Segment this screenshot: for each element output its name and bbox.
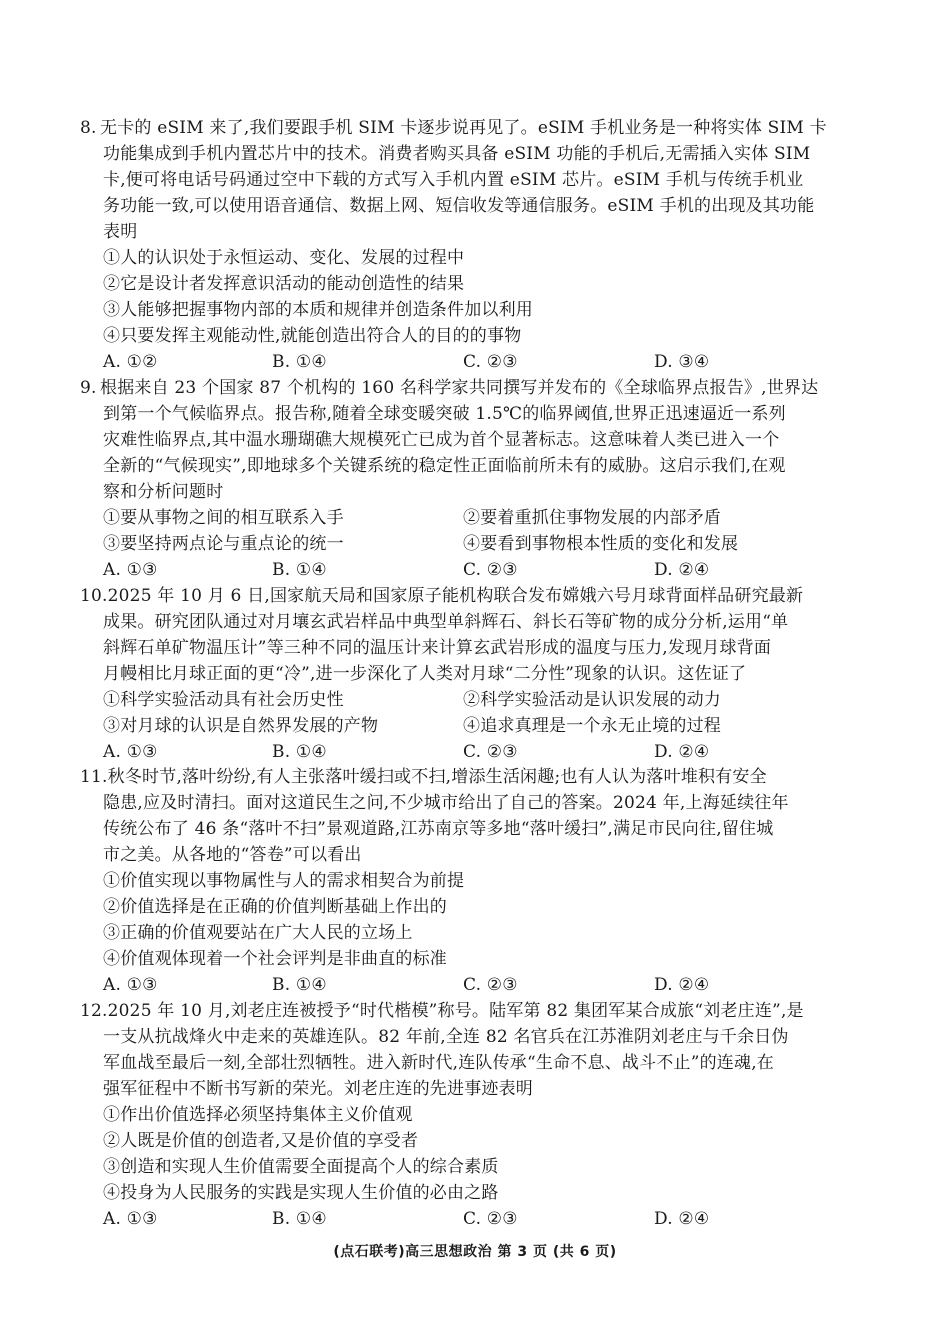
question-8: 8.无卡的 eSIM 来了,我们要跟手机 SIM 卡逐步说再见了。eSIM 手机… xyxy=(80,115,875,375)
statement-1: ①要从事物之间的相互联系入手 xyxy=(103,505,344,531)
statement-1: ①价值实现以事物属性与人的需求相契合为前提 xyxy=(80,868,875,894)
statement-3: ③对月球的认识是自然界发展的产物 xyxy=(103,713,378,739)
statement-1: ①人的认识处于永恒运动、变化、发展的过程中 xyxy=(80,245,875,271)
question-stem-line: 卡,便可将电话号码通过空中下载的方式写入手机内置 eSIM 芯片。eSIM 手机… xyxy=(80,167,875,193)
option-b[interactable]: B. ①④ xyxy=(272,1206,327,1232)
question-stem-line: 斜辉石单矿物温压计”等三种不同的温压计来计算玄武岩形成的温度与压力,发现月球背面 xyxy=(80,635,875,661)
question-12: 12.2025 年 10 月,刘老庄连被授予“时代楷模”称号。陆军第 82 集团… xyxy=(80,998,875,1232)
question-stem-line: 12.2025 年 10 月,刘老庄连被授予“时代楷模”称号。陆军第 82 集团… xyxy=(80,998,875,1024)
answer-options: A. ①③ B. ①④ C. ②③ D. ②④ xyxy=(80,1206,875,1232)
question-stem-line: 强军征程中不断书写新的荣光。刘老庄连的先进事迹表明 xyxy=(80,1076,875,1102)
statement-4: ④追求真理是一个永无止境的过程 xyxy=(463,713,721,739)
option-d[interactable]: D. ②④ xyxy=(654,972,709,998)
question-10: 10.2025 年 10 月 6 日,国家航天局和国家原子能机构联合发布嫦娥六号… xyxy=(80,583,875,765)
option-a[interactable]: A. ①② xyxy=(103,349,158,375)
statement-1: ①科学实验活动具有社会历史性 xyxy=(103,687,344,713)
question-stem-line: 8.无卡的 eSIM 来了,我们要跟手机 SIM 卡逐步说再见了。eSIM 手机… xyxy=(80,115,875,141)
question-stem-line: 9.根据来自 23 个国家 87 个机构的 160 名科学家共同撰写并发布的《全… xyxy=(80,375,875,401)
question-number: 9. xyxy=(80,375,100,401)
statement-row: ③对月球的认识是自然界发展的产物 ④追求真理是一个永无止境的过程 xyxy=(80,713,875,739)
question-9: 9.根据来自 23 个国家 87 个机构的 160 名科学家共同撰写并发布的《全… xyxy=(80,375,875,583)
option-c[interactable]: C. ②③ xyxy=(463,557,518,583)
statement-row: ③要坚持两点论与重点论的统一 ④要看到事物根本性质的变化和发展 xyxy=(80,531,875,557)
option-a[interactable]: A. ①③ xyxy=(103,972,158,998)
question-stem-line: 成果。研究团队通过对月壤玄武岩样品中典型单斜辉石、斜长石等矿物的成分分析,运用“… xyxy=(80,609,875,635)
option-c[interactable]: C. ②③ xyxy=(463,972,518,998)
answer-options: A. ①③ B. ①④ C. ②③ D. ②④ xyxy=(80,972,875,998)
option-b[interactable]: B. ①④ xyxy=(272,349,327,375)
question-number: 8. xyxy=(80,115,100,141)
option-d[interactable]: D. ③④ xyxy=(654,349,709,375)
answer-options: A. ①③ B. ①④ C. ②③ D. ②④ xyxy=(80,739,875,765)
question-stem-line: 表明 xyxy=(80,219,875,245)
question-number: 11. xyxy=(80,764,108,790)
option-c[interactable]: C. ②③ xyxy=(463,739,518,765)
statement-1: ①作出价值选择必须坚持集体主义价值观 xyxy=(80,1102,875,1128)
page-footer: (点石联考)高三思想政治 第 3 页 (共 6 页) xyxy=(0,1241,950,1261)
option-d[interactable]: D. ②④ xyxy=(654,1206,709,1232)
statement-3: ③正确的价值观要站在广大人民的立场上 xyxy=(80,920,875,946)
statement-row: ①科学实验活动具有社会历史性 ②科学实验活动是认识发展的动力 xyxy=(80,687,875,713)
option-a[interactable]: A. ①③ xyxy=(103,1206,158,1232)
option-a[interactable]: A. ①③ xyxy=(103,557,158,583)
statement-2: ②它是设计者发挥意识活动的能动创造性的结果 xyxy=(80,271,875,297)
option-a[interactable]: A. ①③ xyxy=(103,739,158,765)
question-stem-line: 务功能一致,可以使用语音通信、数据上网、短信收发等通信服务。eSIM 手机的出现… xyxy=(80,193,875,219)
statement-3: ③创造和实现人生价值需要全面提高个人的综合素质 xyxy=(80,1154,875,1180)
question-stem-line: 全新的“气候现实”,即地球多个关键系统的稳定性正面临前所未有的威胁。这启示我们,… xyxy=(80,453,875,479)
statement-4: ④价值观体现着一个社会评判是非曲直的标准 xyxy=(80,946,875,972)
statement-2: ②科学实验活动是认识发展的动力 xyxy=(463,687,721,713)
question-stem-line: 一支从抗战烽火中走来的英雄连队。82 年前,全连 82 名官兵在江苏淮阴刘老庄与… xyxy=(80,1024,875,1050)
option-d[interactable]: D. ②④ xyxy=(654,557,709,583)
option-b[interactable]: B. ①④ xyxy=(272,972,327,998)
answer-options: A. ①③ B. ①④ C. ②③ D. ②④ xyxy=(80,557,875,583)
statement-row: ①要从事物之间的相互联系入手 ②要着重抓住事物发展的内部矛盾 xyxy=(80,505,875,531)
question-stem-line: 市之美。从各地的“答卷”可以看出 xyxy=(80,842,875,868)
statement-4: ④只要发挥主观能动性,就能创造出符合人的目的的事物 xyxy=(80,323,875,349)
question-number: 12. xyxy=(80,998,108,1024)
question-stem-line: 察和分析问题时 xyxy=(80,479,875,505)
question-stem-line: 到第一个气候临界点。报告称,随着全球变暖突破 1.5℃的临界阈值,世界正迅速逼近… xyxy=(80,401,875,427)
statement-3: ③人能够把握事物内部的本质和规律并创造条件加以利用 xyxy=(80,297,875,323)
statement-2: ②人既是价值的创造者,又是价值的享受者 xyxy=(80,1128,875,1154)
question-stem-line: 传统公布了 46 条“落叶不扫”景观道路,江苏南京等多地“落叶缓扫”,满足市民向… xyxy=(80,816,875,842)
answer-options: A. ①② B. ①④ C. ②③ D. ③④ xyxy=(80,349,875,375)
statement-3: ③要坚持两点论与重点论的统一 xyxy=(103,531,344,557)
question-stem-line: 灾难性临界点,其中温水珊瑚礁大规模死亡已成为首个显著标志。这意味着人类已进入一个 xyxy=(80,427,875,453)
option-c[interactable]: C. ②③ xyxy=(463,1206,518,1232)
statement-4: ④要看到事物根本性质的变化和发展 xyxy=(463,531,738,557)
question-stem-line: 军血战至最后一刻,全部壮烈牺牲。进入新时代,连队传承“生命不息、战斗不止”的连魂… xyxy=(80,1050,875,1076)
option-b[interactable]: B. ①④ xyxy=(272,739,327,765)
statement-2: ②价值选择是在正确的价值判断基础上作出的 xyxy=(80,894,875,920)
question-11: 11.秋冬时节,落叶纷纷,有人主张落叶缓扫或不扫,增添生活闲趣;也有人认为落叶堆… xyxy=(80,764,875,998)
question-stem-line: 月幔相比月球正面的更“冷”,进一步深化了人类对月球“二分性”现象的认识。这佐证了 xyxy=(80,661,875,687)
option-b[interactable]: B. ①④ xyxy=(272,557,327,583)
statement-4: ④投身为人民服务的实践是实现人生价值的必由之路 xyxy=(80,1180,875,1206)
question-stem-line: 隐患,应及时清扫。面对这道民生之问,不少城市给出了自己的答案。2024 年,上海… xyxy=(80,790,875,816)
exam-page: 8.无卡的 eSIM 来了,我们要跟手机 SIM 卡逐步说再见了。eSIM 手机… xyxy=(0,0,950,1344)
question-number: 10. xyxy=(80,583,108,609)
option-c[interactable]: C. ②③ xyxy=(463,349,518,375)
statement-2: ②要着重抓住事物发展的内部矛盾 xyxy=(463,505,721,531)
option-d[interactable]: D. ②④ xyxy=(654,739,709,765)
question-stem-line: 10.2025 年 10 月 6 日,国家航天局和国家原子能机构联合发布嫦娥六号… xyxy=(80,583,875,609)
question-stem-line: 11.秋冬时节,落叶纷纷,有人主张落叶缓扫或不扫,增添生活闲趣;也有人认为落叶堆… xyxy=(80,764,875,790)
question-stem-line: 功能集成到手机内置芯片中的技术。消费者购买具备 eSIM 功能的手机后,无需插入… xyxy=(80,141,875,167)
